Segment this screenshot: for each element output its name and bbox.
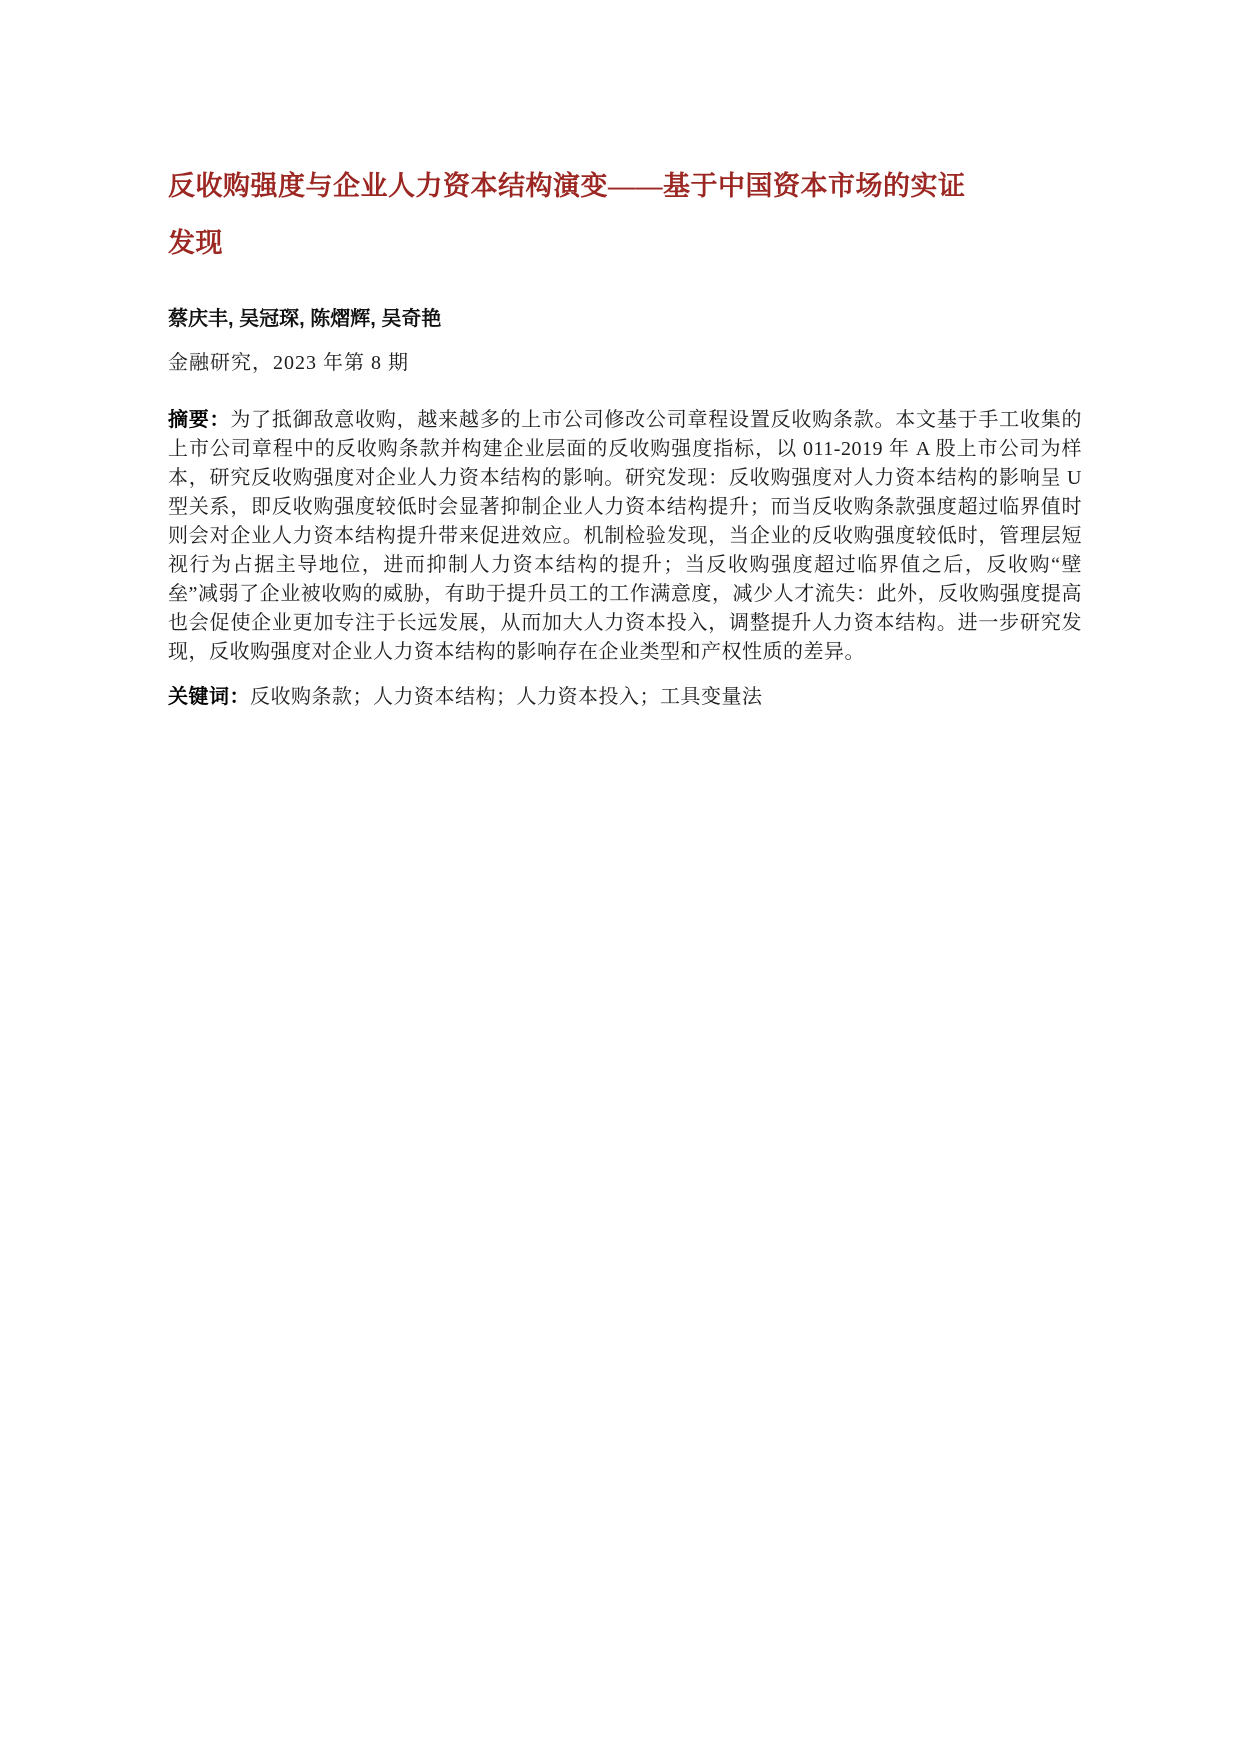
abstract-paragraph: 摘要：为了抵御敌意收购，越来越多的上市公司修改公司章程设置反收购条款。本文基于手… bbox=[168, 406, 1082, 667]
keywords-label: 关键词： bbox=[168, 686, 250, 708]
abstract-text: 为了抵御敌意收购，越来越多的上市公司修改公司章程设置反收购条款。本文基于手工收集… bbox=[168, 409, 1082, 663]
keywords-text: 反收购条款；人力资本结构；人力资本投入；工具变量法 bbox=[250, 686, 763, 708]
abstract-label: 摘要： bbox=[168, 409, 230, 431]
document-page: 反收购强度与企业人力资本结构演变——基于中国资本市场的实证发现 蔡庆丰, 吴冠琛… bbox=[0, 0, 1240, 1753]
keywords-line: 关键词：反收购条款；人力资本结构；人力资本投入；工具变量法 bbox=[168, 683, 1082, 712]
author-list: 蔡庆丰, 吴冠琛, 陈熠辉, 吴奇艳 bbox=[168, 306, 1082, 332]
paper-title: 反收购强度与企业人力资本结构演变——基于中国资本市场的实证发现 bbox=[168, 158, 968, 272]
journal-citation: 金融研究，2023 年第 8 期 bbox=[168, 350, 1082, 376]
